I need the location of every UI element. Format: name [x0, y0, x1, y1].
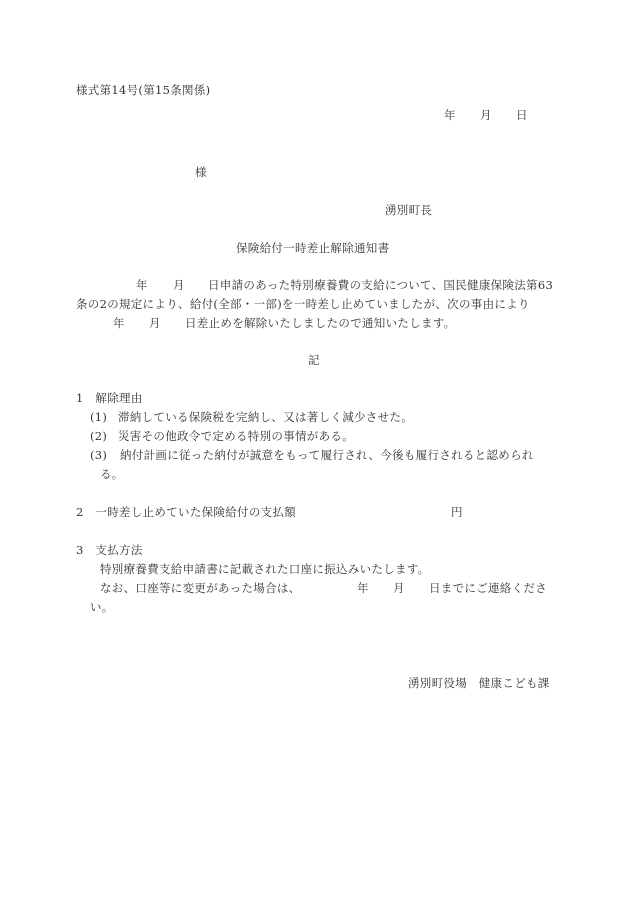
- body-line1-text: 日申請のあった特別療養費の支給について、国民健康保険法第63: [208, 280, 553, 292]
- body-line3-month: 月: [149, 318, 161, 330]
- payment-method-line1: 特別療養費支給申請書に記載された口座に振込みいたします。: [100, 564, 429, 576]
- payment-method-year: 年: [357, 583, 369, 595]
- date-month-label: 月: [480, 110, 492, 122]
- payment-method-month: 月: [393, 583, 405, 595]
- amount-unit: 円: [451, 507, 463, 519]
- reason-1-text: 滞納している保険税を完納し、又は著しく減少させた。: [118, 412, 413, 424]
- reason-1-number: (1): [90, 412, 107, 424]
- document-title: 保険給付一時差止解除通知書: [236, 243, 389, 255]
- date-year-label: 年: [444, 110, 456, 122]
- addressee-suffix: 様: [195, 167, 207, 179]
- issuer-name: 湧別町長: [385, 205, 432, 217]
- payment-method-continuation: い。: [90, 602, 114, 614]
- reason-2-text: 災害その他政令で定める特別の事情がある。: [118, 431, 354, 443]
- reason-3-continuation: る。: [100, 469, 124, 481]
- footer-department: 湧別町役場 健康こども課: [408, 678, 550, 690]
- date-day-label: 日: [516, 110, 528, 122]
- reason-3-number: (3): [90, 450, 107, 462]
- section1-heading: 1 解除理由: [76, 393, 143, 405]
- body-line1-month: 月: [173, 280, 185, 292]
- section3-heading: 3 支払方法: [76, 545, 143, 557]
- body-line1-year: 年: [136, 280, 148, 292]
- body-line3-year: 年: [113, 318, 125, 330]
- reason-3-text: 納付計画に従った納付が誠意をもって履行され、今後も履行されると認められ: [120, 450, 534, 462]
- reason-2-number: (2): [90, 431, 107, 443]
- ki-marker: 記: [308, 355, 320, 367]
- form-number: 様式第14号(第15条関係): [76, 85, 210, 97]
- body-line2-text: 条の2の規定により、給付(全部・一部)を一時差し止めていましたが、次の事由により: [76, 299, 530, 311]
- payment-method-line2-text: なお、口座等に変更があった場合は、: [100, 583, 300, 595]
- section2-heading: 2 一時差し止めていた保険給付の支払額: [76, 507, 296, 519]
- payment-method-line2-rest: 日までにご連絡くださ: [429, 583, 547, 595]
- body-line3-text: 日差止めを解除いたしましたので通知いたします。: [185, 318, 455, 330]
